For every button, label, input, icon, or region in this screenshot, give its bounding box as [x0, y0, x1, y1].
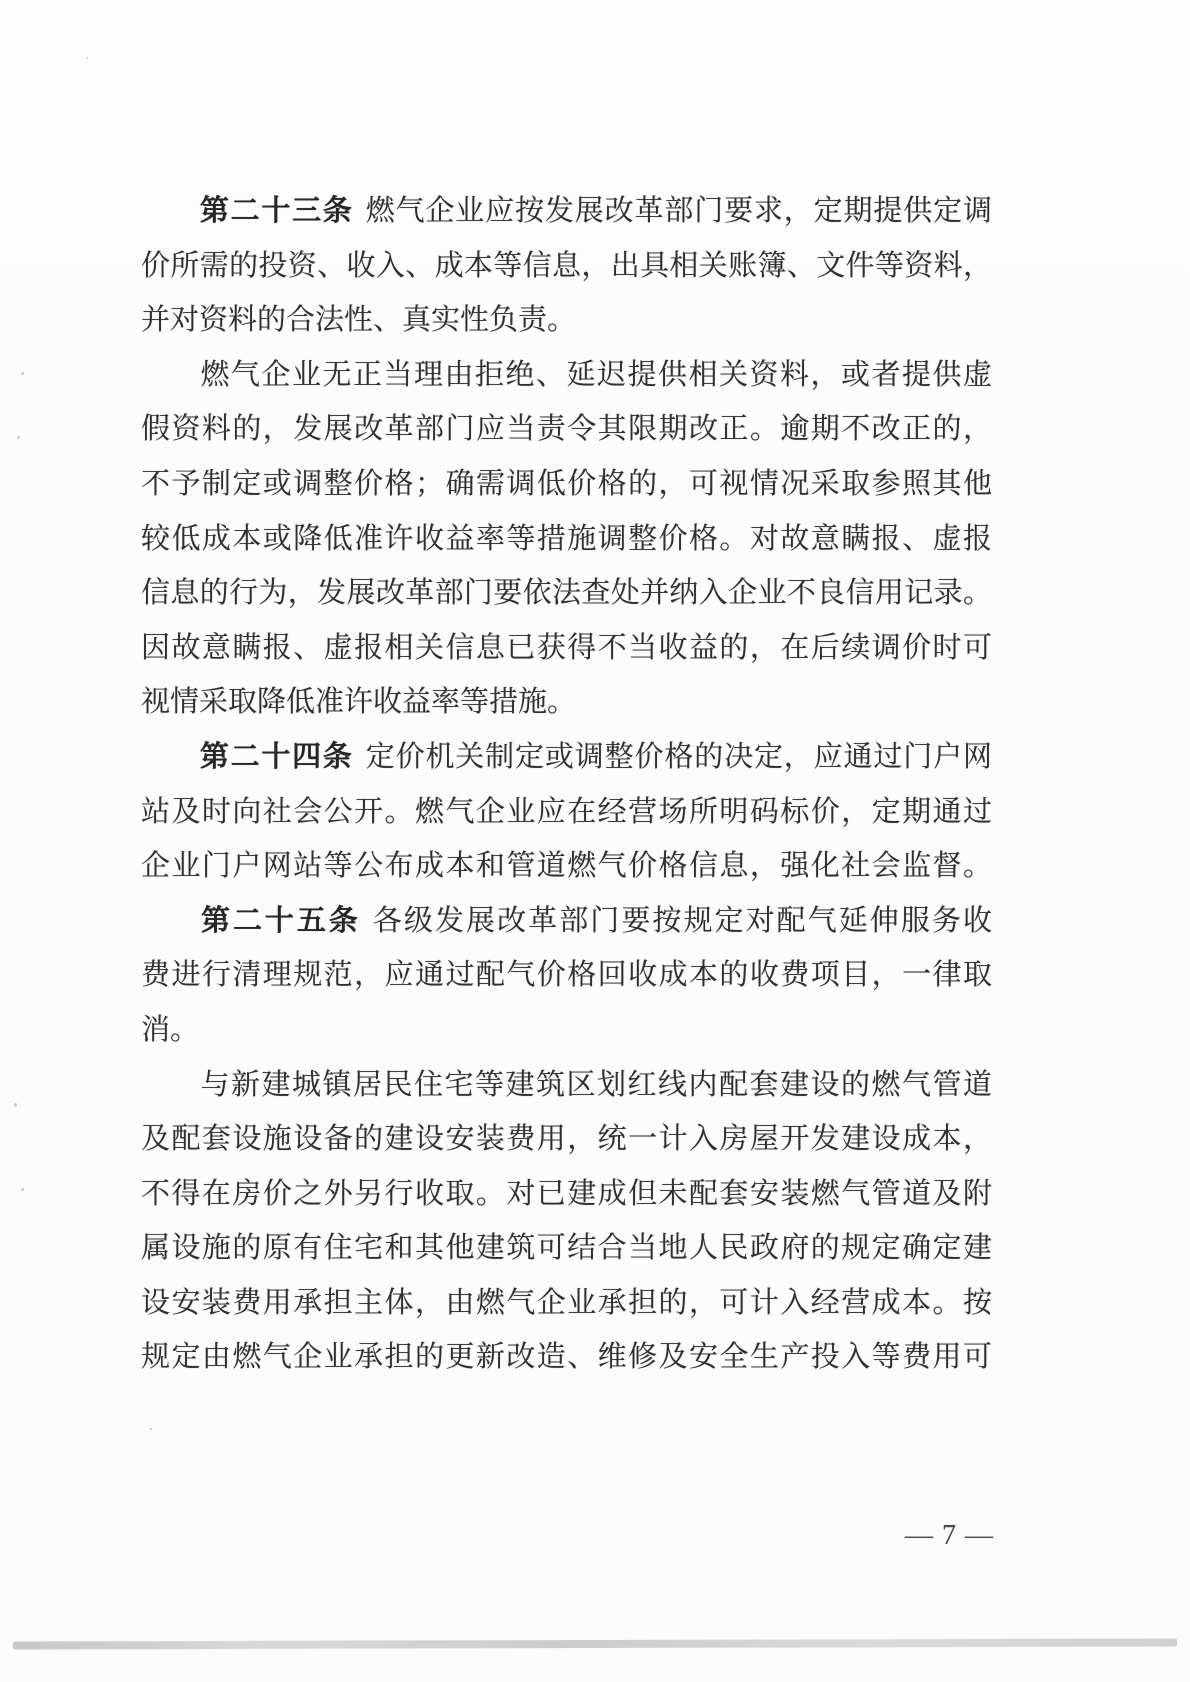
- paragraph: 与新建城镇居民住宅等建筑区划红线内配套建设的燃气管道及配套设施设备的建设安装费用…: [141, 1058, 992, 1386]
- text-line: 费进行清理规范，应通过配气价格回收成本的收费项目，一律取: [141, 948, 992, 1003]
- text-block: 第二十三条燃气企业应按发展改革部门要求，定期提供定调价所需的投资、收入、成本等信…: [141, 184, 992, 1385]
- text-line: 属设施的原有住宅和其他建筑可结合当地人民政府的规定确定建: [141, 1221, 992, 1276]
- scan-speck: [17, 436, 20, 439]
- article-number: 第二十五条: [199, 905, 361, 937]
- scan-speck: [86, 57, 88, 59]
- text-line: 因故意瞒报、虚报相关信息已获得不当收益的，在后续调价时可: [141, 621, 992, 676]
- scan-speck: [150, 1428, 152, 1430]
- text-line: 不得在房价之外另行收取。对已建成但未配套安装燃气管道及附: [141, 1167, 992, 1222]
- text-line: 与新建城镇居民住宅等建筑区划红线内配套建设的燃气管道: [141, 1058, 992, 1113]
- text-line: 企业门户网站等公布成本和管道燃气价格信息，强化社会监督。: [141, 839, 992, 894]
- text-line: 站及时向社会公开。燃气企业应在经营场所明码标价，定期通过: [141, 785, 992, 840]
- scan-speck: [21, 372, 24, 375]
- text-line: 信息的行为，发展改革部门要依法查处并纳入企业不良信用记录。: [141, 566, 992, 621]
- text-line: 假资料的，发展改革部门应当责令其限期改正。逾期不改正的，: [141, 402, 992, 457]
- paragraph: 第二十五条各级发展改革部门要按规定对配气延伸服务收费进行清理规范，应通过配气价格…: [141, 894, 992, 1058]
- text-line: 并对资料的合法性、真实性负责。: [141, 293, 992, 348]
- text-line: 第二十四条定价机关制定或调整价格的决定，应通过门户网: [141, 730, 992, 785]
- text-line: 消。: [141, 1003, 992, 1058]
- text-line: 第二十五条各级发展改革部门要按规定对配气延伸服务收: [141, 894, 992, 949]
- paragraph: 第二十三条燃气企业应按发展改革部门要求，定期提供定调价所需的投资、收入、成本等信…: [141, 184, 992, 348]
- text-line: 设安装费用承担主体，由燃气企业承担的，可计入经营成本。按: [141, 1276, 992, 1331]
- paragraph: 第二十四条定价机关制定或调整价格的决定，应通过门户网站及时向社会公开。燃气企业应…: [141, 730, 992, 894]
- document-page: 第二十三条燃气企业应按发展改革部门要求，定期提供定调价所需的投资、收入、成本等信…: [0, 0, 1190, 1682]
- scan-speck: [14, 1103, 17, 1107]
- text-line: 视情采取降低准许收益率等措施。: [141, 675, 992, 730]
- text-line: 不予制定或调整价格；确需调低价格的，可视情况采取参照其他: [141, 457, 992, 512]
- text-line: 较低成本或降低准许收益率等措施调整价格。对故意瞒报、虚报: [141, 512, 992, 567]
- text-line: 第二十三条燃气企业应按发展改革部门要求，定期提供定调: [141, 184, 992, 239]
- text-line: 燃气企业无正当理由拒绝、延迟提供相关资料，或者提供虚: [141, 348, 992, 403]
- text-line: 规定由燃气企业承担的更新改造、维修及安全生产投入等费用可: [141, 1330, 992, 1385]
- paragraph: 燃气企业无正当理由拒绝、延迟提供相关资料，或者提供虚假资料的，发展改革部门应当责…: [141, 348, 992, 730]
- page-number: — 7 —: [905, 1520, 1015, 1552]
- article-number: 第二十三条: [199, 195, 354, 227]
- article-number: 第二十四条: [199, 741, 354, 773]
- text-line: 及配套设施设备的建设安装费用，统一计入房屋开发建设成本，: [141, 1112, 992, 1167]
- scan-speck: [21, 1188, 24, 1191]
- scan-edge-artifact: [13, 1638, 1177, 1649]
- text-line: 价所需的投资、收入、成本等信息，出具相关账簿、文件等资料，: [141, 239, 992, 294]
